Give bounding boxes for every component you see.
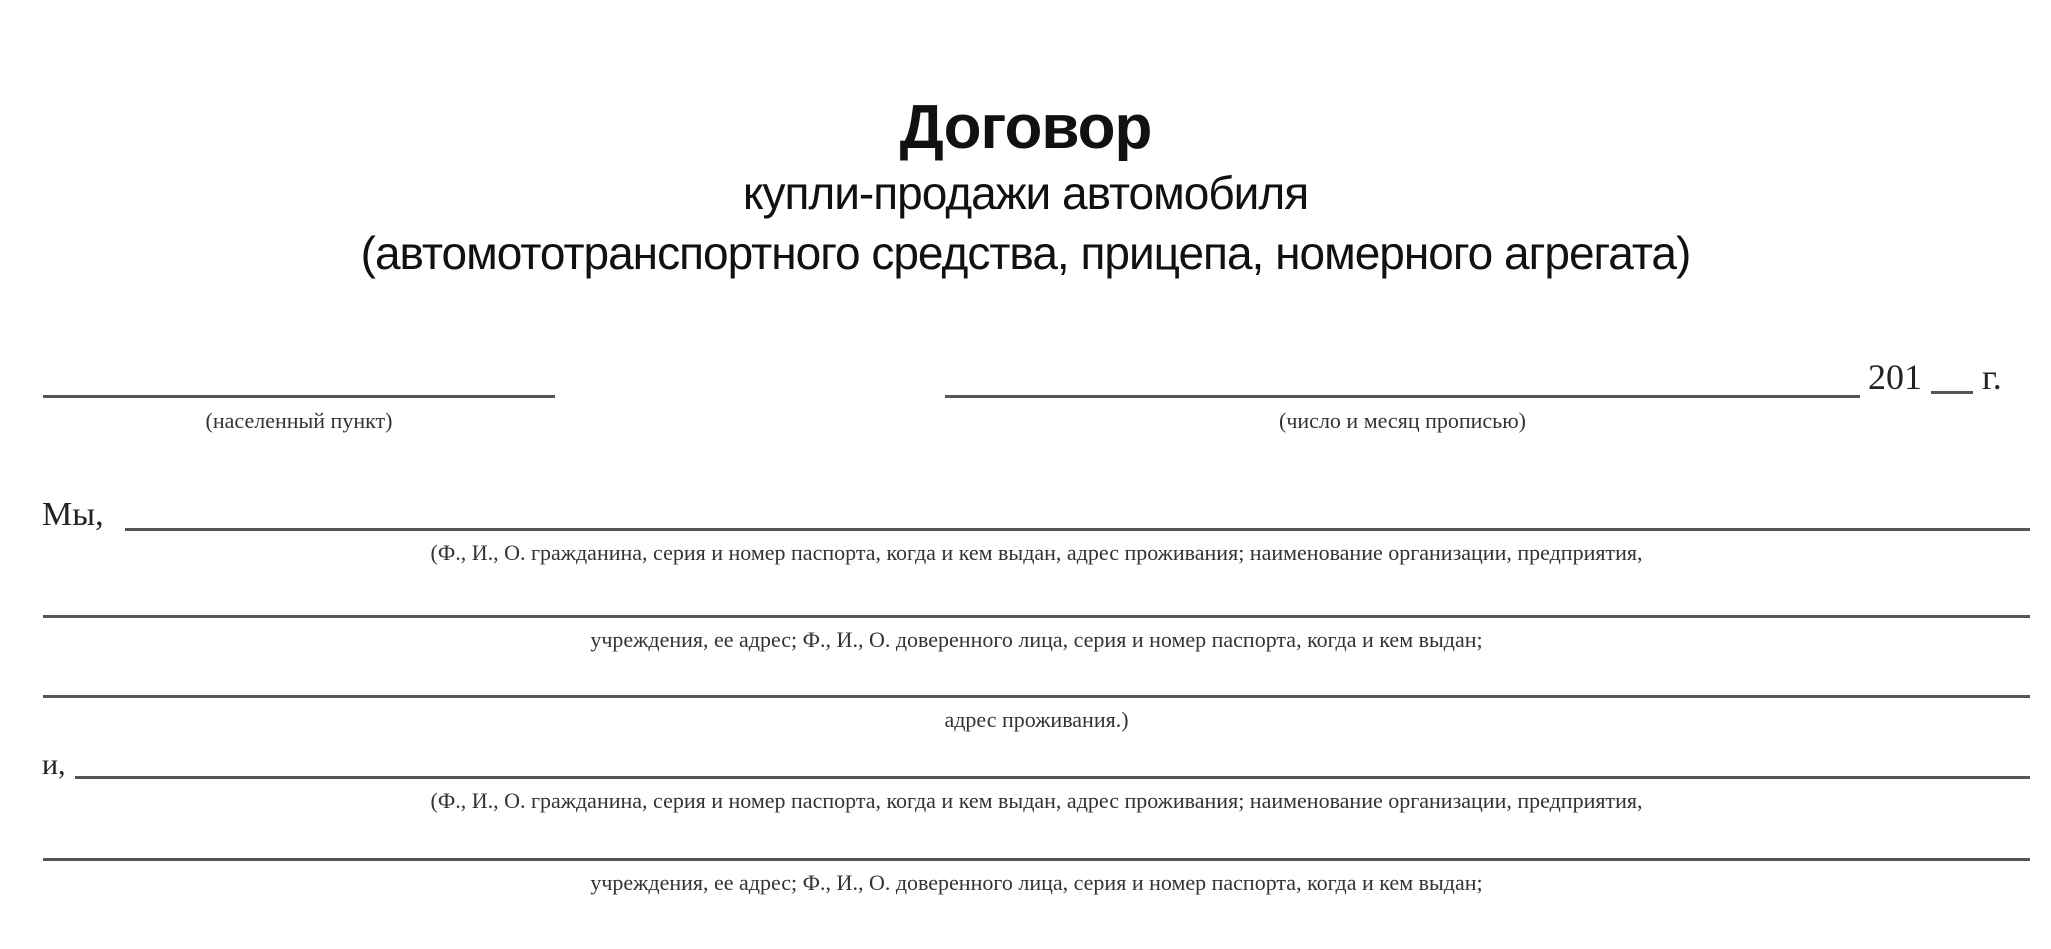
- date-caption: (число и месяц прописью): [945, 408, 1860, 434]
- party2-lead: и,: [42, 748, 66, 782]
- year-prefix: 201: [1868, 357, 1922, 397]
- document-subtitle-details: (автомототранспортного средства, прицепа…: [0, 226, 2051, 280]
- date-field-line[interactable]: [945, 395, 1860, 398]
- place-field-line[interactable]: [43, 395, 555, 398]
- party1-caption-1: (Ф., И., О. гражданина, серия и номер па…: [43, 540, 2030, 566]
- year-blank[interactable]: __: [1931, 363, 1973, 394]
- party1-caption-2: учреждения, ее адрес; Ф., И., О. доверен…: [43, 627, 2030, 653]
- place-caption: (населенный пункт): [43, 408, 555, 434]
- party1-name-line[interactable]: [125, 528, 2030, 531]
- party1-address-line[interactable]: [43, 695, 2030, 698]
- document-subtitle: купли-продажи автомобиля: [0, 166, 2051, 220]
- year-field: 201 __ г.: [1868, 356, 2002, 398]
- year-suffix: г.: [1982, 357, 2002, 397]
- party1-details-line[interactable]: [43, 615, 2030, 618]
- party1-lead: Мы,: [42, 496, 104, 534]
- party2-name-line[interactable]: [75, 776, 2030, 779]
- document-title: Договор: [0, 92, 2051, 163]
- party1-caption-3: адрес проживания.): [43, 707, 2030, 733]
- party2-caption-1: (Ф., И., О. гражданина, серия и номер па…: [43, 788, 2030, 814]
- party2-caption-2: учреждения, ее адрес; Ф., И., О. доверен…: [43, 870, 2030, 896]
- party2-details-line[interactable]: [43, 858, 2030, 861]
